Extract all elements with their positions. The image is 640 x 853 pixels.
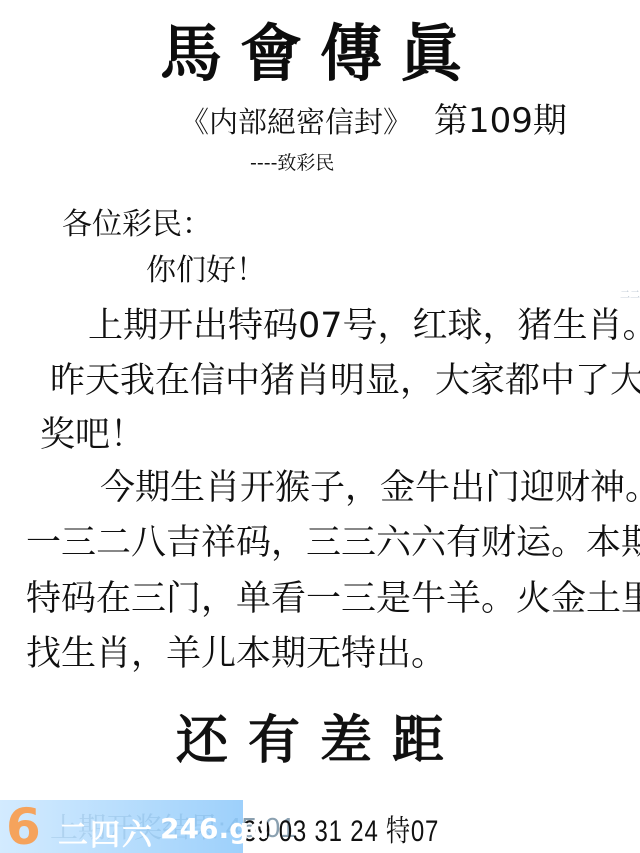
watermark-brand: 二四六 (58, 810, 154, 853)
watermark-banner: 6 二四六 246.gd (0, 800, 243, 853)
headline: 还有差距 (176, 708, 464, 774)
results-numbers: 39 03 31 24 特07 (243, 806, 439, 850)
letter-line: 特码在三门，单看一三是牛羊。火金土里 (26, 578, 640, 620)
subtitle: 《内部絕密信封》第109期 (180, 98, 567, 145)
salutation: 各位彩民： (62, 204, 212, 246)
watermark-domain: 246.gd (160, 812, 269, 845)
letter-line: 上期开出特码07号，红球，猪生肖。 (88, 305, 640, 347)
issue-number: 第109期 (434, 101, 567, 141)
page-title: 馬會傳眞 (160, 14, 470, 94)
letter-line: 昨天我在信中猪肖明显，大家都中了大 (50, 360, 640, 402)
confidential-label: 《内部絕密信封》 (180, 105, 412, 139)
logo-icon: 6 (6, 802, 41, 852)
letter-line: 找生肖，羊儿本期无特出。 (26, 633, 446, 675)
greeting: 你们好！ (146, 250, 266, 292)
margin-mark: 二二 (620, 286, 640, 301)
letter-line: 今期生肖开猴子，金牛出门迎财神。 (100, 467, 640, 509)
letter-line: 一三二八吉祥码，三三六六有财运。本期 (26, 522, 640, 564)
addressee: ----致彩民 (250, 148, 334, 178)
letter-line: 奖吧！ (40, 414, 145, 456)
